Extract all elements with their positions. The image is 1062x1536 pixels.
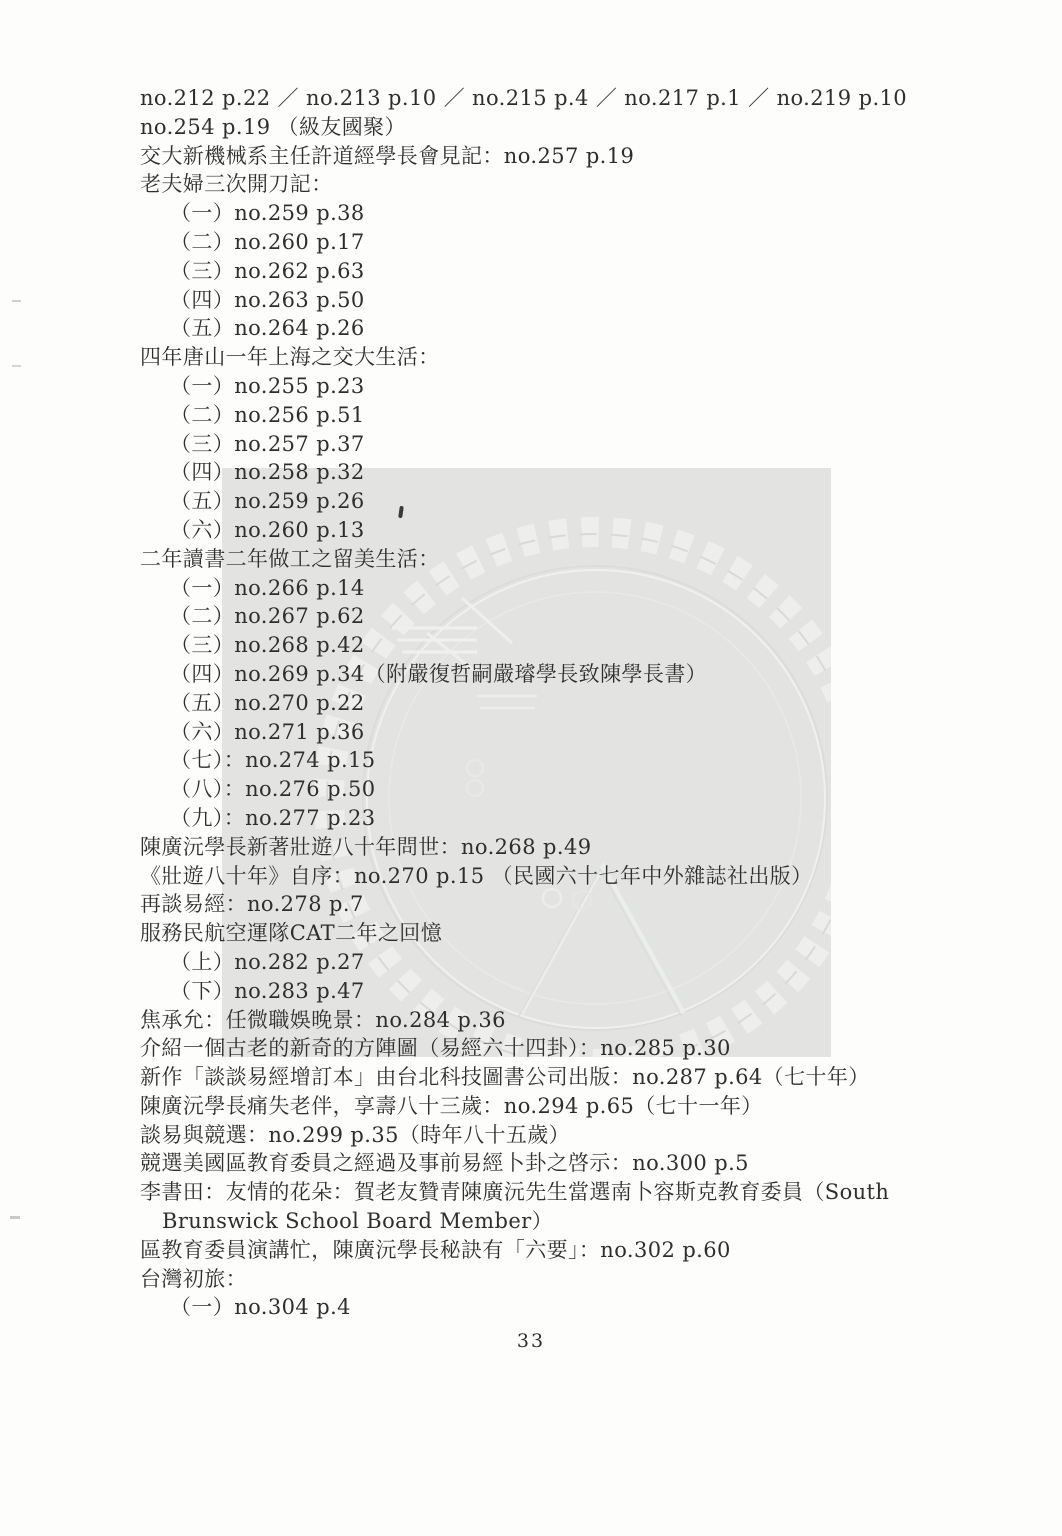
index-line: （九）：no.277 p.23 — [140, 804, 1020, 833]
index-line: （一）no.304 p.4 — [140, 1293, 1020, 1322]
index-line: 服務民航空運隊CAT二年之回憶 — [140, 919, 1020, 948]
index-line: （三）no.268 p.42 — [140, 631, 1020, 660]
index-line: （三）no.257 p.37 — [140, 430, 1020, 459]
page-number: 33 — [0, 1330, 1062, 1352]
index-line: 老夫婦三次開刀記： — [140, 170, 1020, 199]
index-line: （四）no.263 p.50 — [140, 286, 1020, 315]
index-line: （一）no.259 p.38 — [140, 199, 1020, 228]
index-line: （四）no.258 p.32 — [140, 458, 1020, 487]
index-line: （一）no.255 p.23 — [140, 372, 1020, 401]
index-line: （八）：no.276 p.50 — [140, 775, 1020, 804]
index-line: 李書田：友情的花朵：賀老友贊青陳廣沅先生當選南卜容斯克教育委員（South — [140, 1178, 1020, 1207]
index-line: 四年唐山一年上海之交大生活： — [140, 343, 1020, 372]
scanned-index-page: no.212 p.22 ／ no.213 p.10 ／ no.215 p.4 ／… — [0, 0, 1062, 1536]
index-line: 《壯遊八十年》自序：no.270 p.15 （民國六十七年中外雜誌社出版） — [140, 862, 1020, 891]
index-line: （二）no.256 p.51 — [140, 401, 1020, 430]
index-line: 區教育委員演講忙，陳廣沅學長秘訣有「六要」：no.302 p.60 — [140, 1236, 1020, 1265]
margin-mark — [10, 1216, 20, 1219]
margin-mark — [12, 300, 21, 302]
index-line: （二）no.267 p.62 — [140, 602, 1020, 631]
index-line: no.212 p.22 ／ no.213 p.10 ／ no.215 p.4 ／… — [140, 84, 1020, 113]
index-line: 交大新機械系主任許道經學長會見記：no.257 p.19 — [140, 142, 1020, 171]
index-line: 再談易經：no.278 p.7 — [140, 890, 1020, 919]
index-line: （七）：no.274 p.15 — [140, 746, 1020, 775]
index-line: （二）no.260 p.17 — [140, 228, 1020, 257]
index-line: 介紹一個古老的新奇的方陣圖（易經六十四卦）：no.285 p.30 — [140, 1034, 1020, 1063]
margin-mark — [12, 365, 21, 367]
index-line: （五）no.264 p.26 — [140, 314, 1020, 343]
index-line: 陳廣沅學長新著壯遊八十年問世：no.268 p.49 — [140, 833, 1020, 862]
index-line: 陳廣沅學長痛失老伴，享壽八十三歲：no.294 p.65（七十一年） — [140, 1092, 1020, 1121]
index-line: （一）no.266 p.14 — [140, 574, 1020, 603]
index-line: 競選美國區教育委員之經過及事前易經卜卦之啓示：no.300 p.5 — [140, 1149, 1020, 1178]
index-line: （六）no.271 p.36 — [140, 718, 1020, 747]
index-line: （四）no.269 p.34（附嚴復哲嗣嚴璿學長致陳學長書） — [140, 660, 1020, 689]
index-line: （六）no.260 p.13 — [140, 516, 1020, 545]
index-line: 台灣初旅： — [140, 1265, 1020, 1294]
index-line: no.254 p.19 （級友國聚） — [140, 113, 1020, 142]
index-line: （三）no.262 p.63 — [140, 257, 1020, 286]
index-line: （五）no.270 p.22 — [140, 689, 1020, 718]
index-line: （下）no.283 p.47 — [140, 977, 1020, 1006]
index-line: 焦承允：任微職娛晚景：no.284 p.36 — [140, 1006, 1020, 1035]
index-line: 新作「談談易經增訂本」由台北科技圖書公司出版：no.287 p.64（七十年） — [140, 1063, 1020, 1092]
index-line: （上）no.282 p.27 — [140, 948, 1020, 977]
index-line: （五）no.259 p.26 — [140, 487, 1020, 516]
index-line: 談易與競選：no.299 p.35（時年八十五歲） — [140, 1121, 1020, 1150]
index-line: 二年讀書二年做工之留美生活： — [140, 545, 1020, 574]
index-text-block: no.212 p.22 ／ no.213 p.10 ／ no.215 p.4 ／… — [140, 84, 1020, 1322]
index-line: Brunswick School Board Member） — [140, 1207, 1020, 1236]
